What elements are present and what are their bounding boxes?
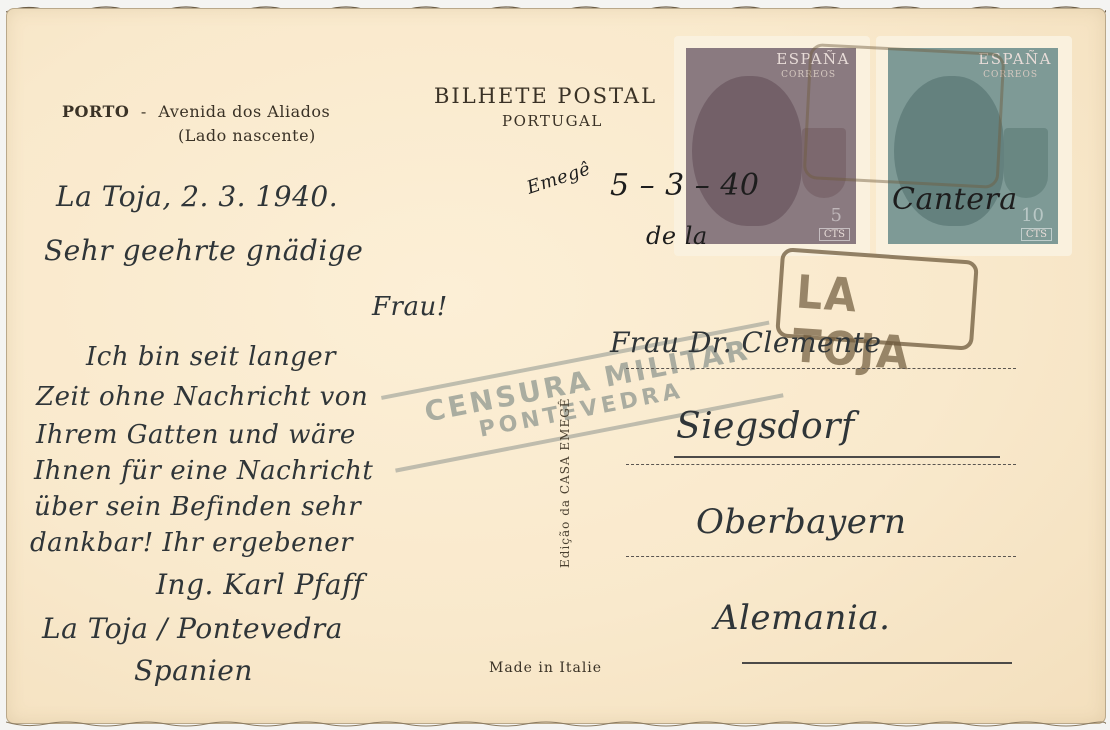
stamp-unit: CTS	[819, 228, 850, 241]
address-city: Siegsdorf	[676, 406, 855, 447]
caption-title: PORTO	[62, 102, 129, 121]
portrait-icon	[692, 76, 802, 226]
deckled-bottom-edge	[6, 718, 1106, 730]
header-title: BILHETE POSTAL	[434, 84, 657, 108]
address-line-2	[626, 464, 1016, 465]
address-country: Alemania.	[714, 598, 890, 638]
date-annotation: 5 – 3 – 40	[610, 168, 760, 203]
stamp-cancellation-mark	[803, 43, 1006, 189]
message-line: über sein Befinden sehr	[34, 492, 361, 522]
caption-separator: -	[141, 102, 147, 121]
header-country: PORTUGAL	[502, 112, 603, 130]
caption-sub: (Lado nascente)	[178, 126, 316, 145]
message-line: Ihnen für eine Nachricht	[34, 456, 373, 486]
sender-country: Spanien	[134, 654, 253, 687]
signature: Ing. Karl Pfaff	[156, 568, 364, 601]
caption-line: PORTO - Avenida dos Aliados	[62, 102, 330, 121]
message-line: Ich bin seit langer	[86, 342, 336, 372]
message-line: Ihrem Gatten und wäre	[36, 420, 356, 450]
stamp-value: 10	[1021, 205, 1044, 226]
annotation-name: Cantera	[892, 182, 1018, 217]
address-recipient: Frau Dr. Clemente	[610, 326, 881, 359]
sender-location: La Toja / Pontevedra	[42, 612, 343, 645]
address-line-1	[626, 368, 1016, 369]
address-line-4	[742, 662, 1012, 664]
message-line: Zeit ohne Nachricht von	[36, 382, 368, 412]
publisher-mark: Emegê	[524, 158, 593, 198]
caption-place: Avenida dos Aliados	[158, 102, 330, 121]
postcard-back: PORTO - Avenida dos Aliados (Lado nascen…	[6, 8, 1106, 724]
publisher-vertical: Edição da CASA EMEGÊ	[558, 397, 572, 568]
address-region: Oberbayern	[696, 502, 907, 542]
city-underline	[674, 456, 1000, 458]
address-line-3	[626, 556, 1016, 557]
postmark-text: LA TOJA	[791, 264, 957, 383]
message-line: Frau!	[372, 292, 448, 322]
message-line: Sehr geehrte gnädige	[44, 234, 363, 267]
message-line: La Toja, 2. 3. 1940.	[56, 180, 338, 213]
made-in-label: Made in Italie	[489, 660, 602, 676]
annotation-de-la: de la	[646, 222, 708, 250]
message-line: dankbar! Ihr ergebener	[30, 528, 353, 558]
stamp-value: 5	[831, 205, 842, 226]
stamp-unit: CTS	[1021, 228, 1052, 241]
